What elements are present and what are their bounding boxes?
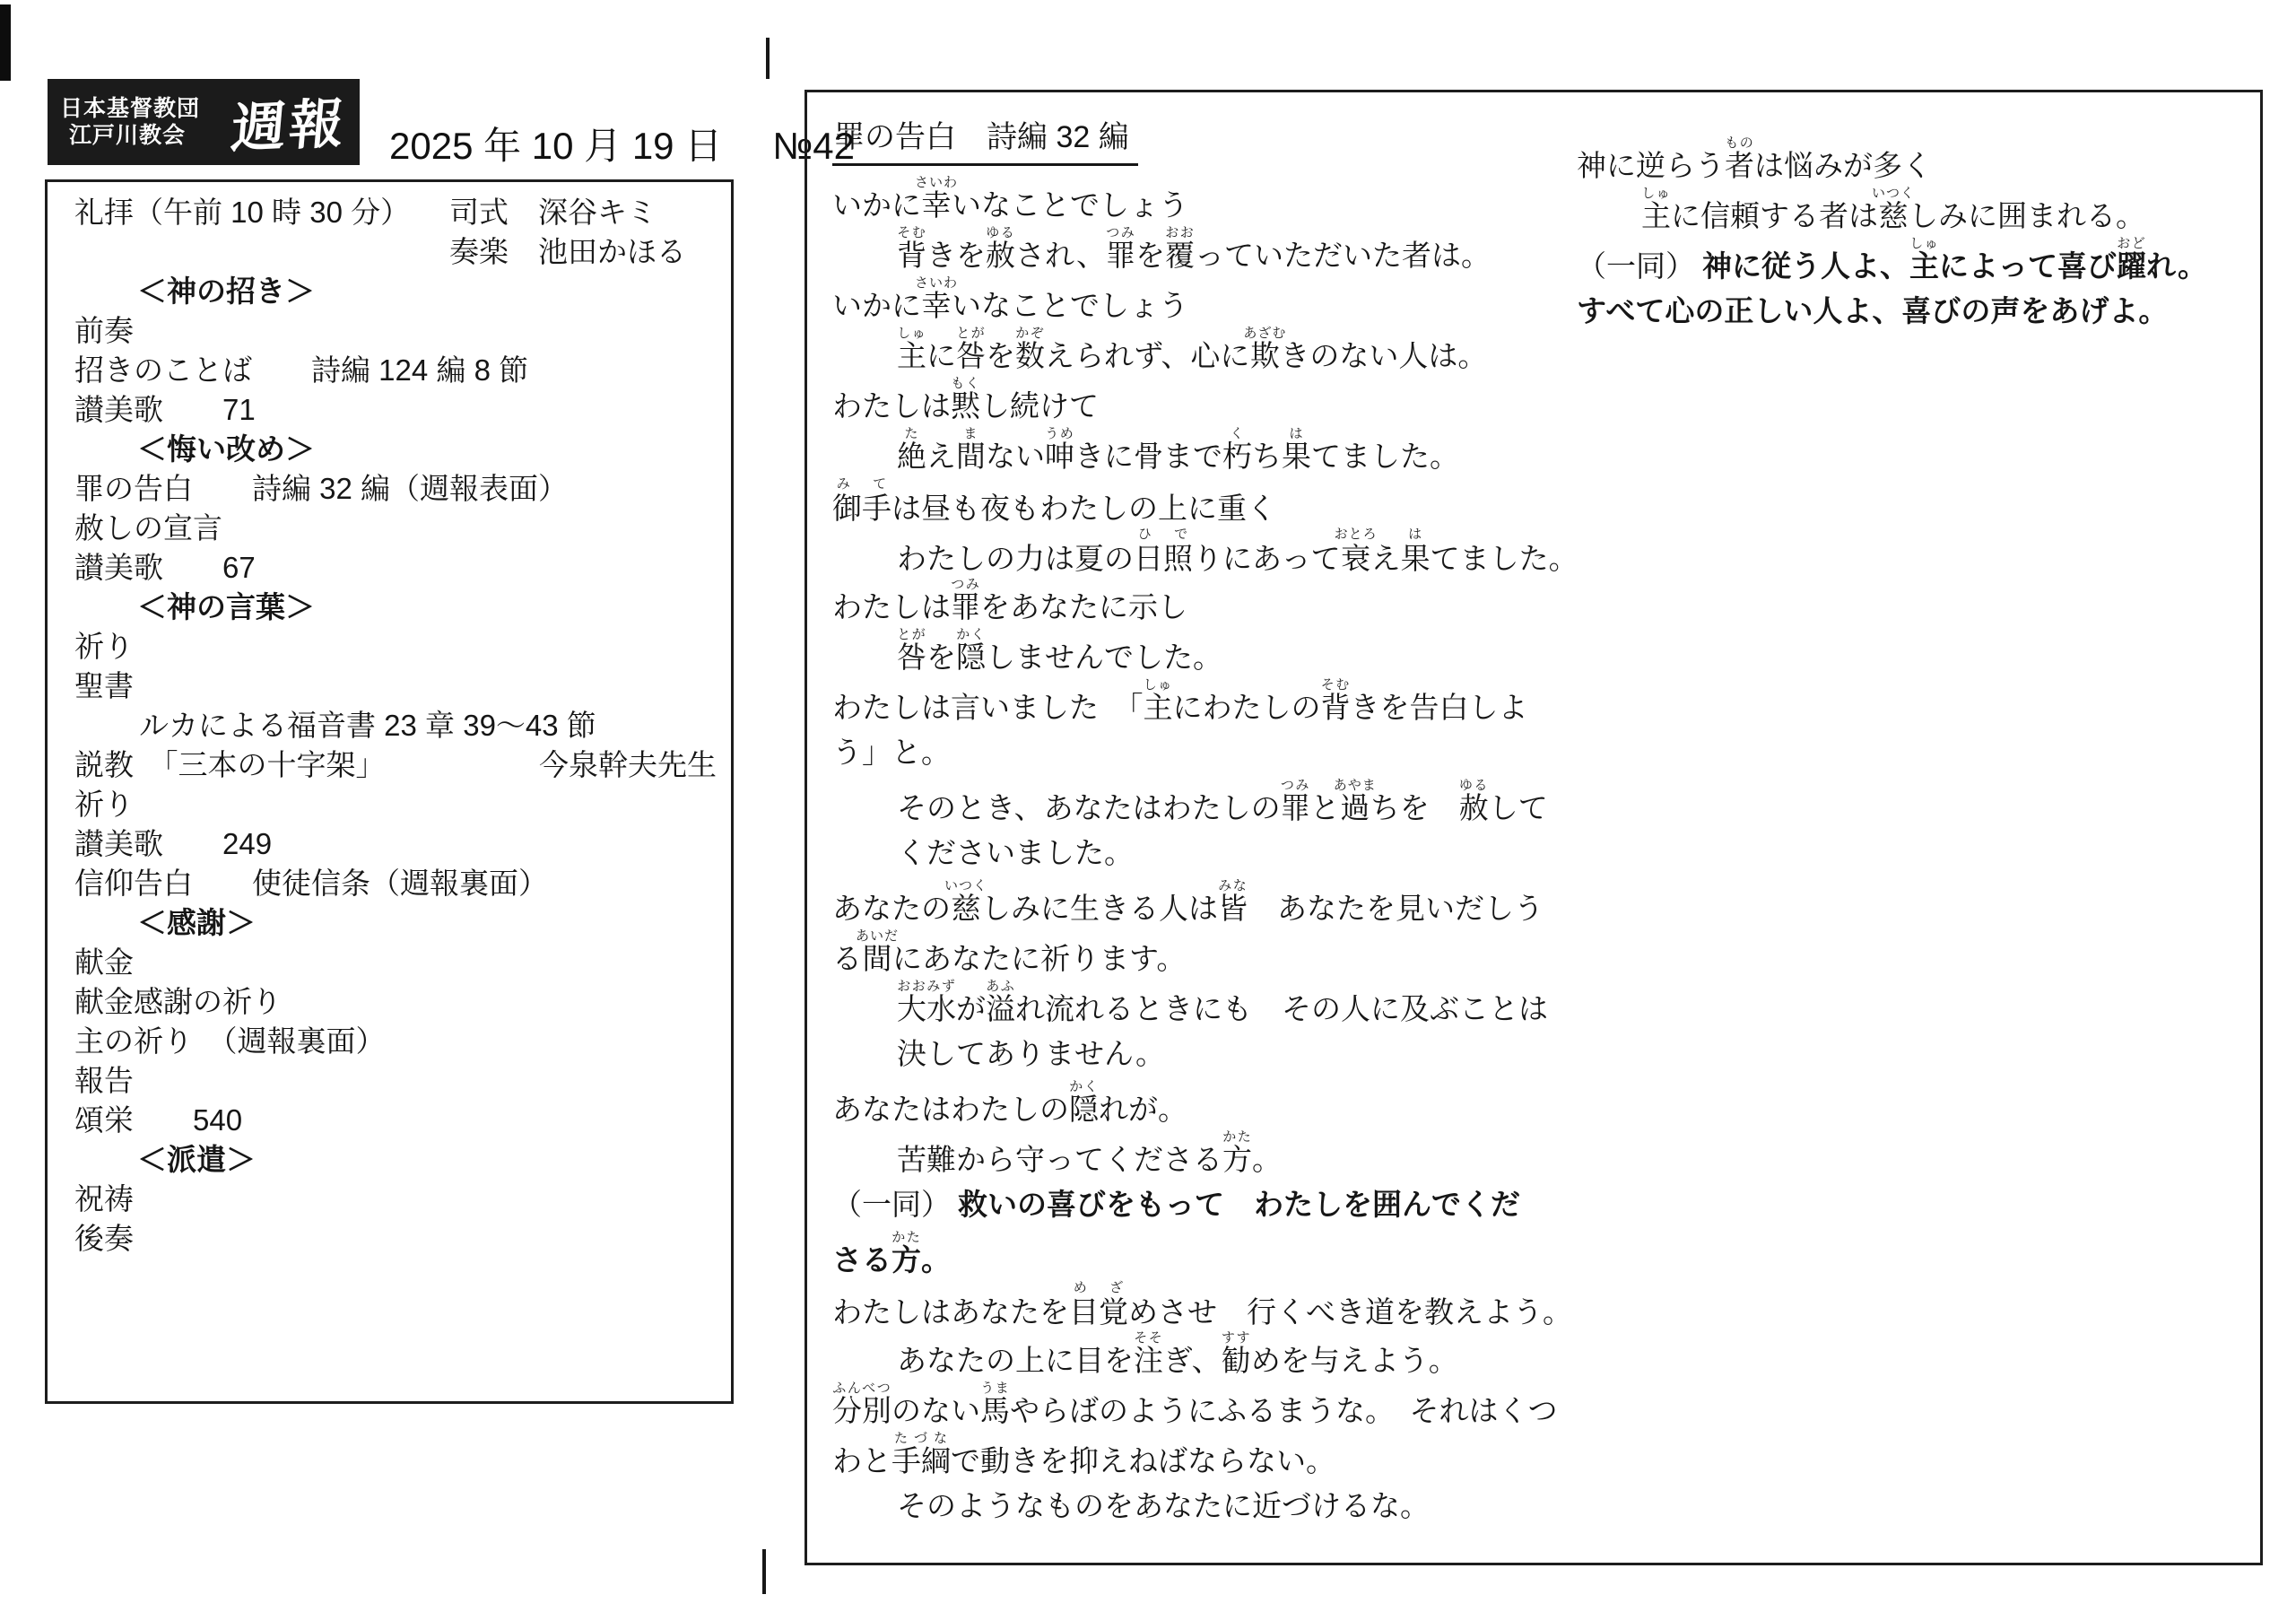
furigana-word: 絶た (897, 440, 926, 473)
furigana-word: 御手み て (832, 492, 891, 525)
furigana-word: 果は (1282, 440, 1311, 473)
furigana-word: 咎とが (956, 339, 986, 372)
furigana-word: 背そむ (1321, 691, 1351, 724)
program-line: 献金感謝の祈り (74, 982, 709, 1022)
psalm-column-2: 神に逆らう者ものは悩みが多く主しゅに信頼する者は慈いつくしみに囲まれる。（一同）… (1577, 135, 2240, 336)
confession-box: 罪の告白 詩編 32 編 いかに幸さいわいなことでしょう背そむきを赦ゆるされ、罪… (804, 90, 2263, 1565)
furigana-word: 赦ゆる (986, 239, 1015, 272)
program-line: ルカによる福音書 23 章 39〜43 節 (74, 706, 709, 745)
unison-prefix: （一同） (832, 1188, 951, 1221)
program-line: ＜神の招き＞ (74, 272, 709, 311)
furigana-word: 主しゅ (897, 339, 926, 372)
psalm-line: 主しゅに信頼する者は慈いつくしみに囲まれる。 (1577, 186, 2240, 236)
program-line: 讃美歌 249 (74, 824, 709, 864)
program-line: 讃美歌 71 (74, 390, 709, 430)
program-line: ＜感謝＞ (74, 903, 709, 943)
furigana-word: 主しゅ (1144, 691, 1173, 724)
psalm-line: 絶たえ間まない呻うめきに骨まで朽くち果はてました。 (832, 426, 1604, 476)
furigana-word: 皆みな (1218, 892, 1248, 925)
psalm-line: 御手み ては昼も夜もわたしの上に重く (832, 476, 1604, 527)
program-line-right: 奏楽 池田かほる (449, 235, 686, 268)
furigana-word: 勧すす (1222, 1344, 1251, 1377)
psalm-column-1: 罪の告白 詩編 32 編 いかに幸さいわいなことでしょう背そむきを赦ゆるされ、罪… (832, 112, 1604, 1531)
psalm-line: あなたの上に目を注そそぎ、勧すすめを与えよう。 (832, 1330, 1604, 1381)
furigana-word: 大水おおみず (897, 992, 956, 1025)
furigana-word: 過あやま (1340, 791, 1370, 824)
psalm-line: 咎とがを隠かくしませんでした。 (832, 627, 1604, 677)
furigana-word: 主しゅ (1909, 249, 1939, 283)
program-line: 讃美歌 67 (74, 548, 709, 588)
furigana-word: 赦ゆる (1459, 791, 1489, 824)
furigana-word: 慈いつく (951, 892, 981, 925)
psalm-line: 決してありません。 (832, 1029, 1604, 1079)
program-line-left: 説教 「三本の十字架」 (74, 745, 539, 785)
psalm-line: わたしは黙もくし続けて (832, 376, 1604, 426)
furigana-word: 日照ひ で (1134, 542, 1193, 575)
psalm-line: くださいました。 (832, 828, 1604, 878)
furigana-word: 溢あふ (986, 992, 1015, 1025)
psalm-line: 苦難から守ってくださる方かた。 (832, 1129, 1604, 1180)
furigana-word: 間ま (956, 440, 986, 473)
psalm-line: 大水おおみずが溢あふれ流れるときにも その人に及ぶことは (832, 979, 1604, 1029)
church-name-line1: 日本基督教団 (60, 95, 200, 122)
furigana-word: 罪つみ (1281, 791, 1310, 824)
psalm-line: （一同）神に従う人よ、主しゅによって喜び躍おどれ。 (1577, 236, 2240, 286)
furigana-word: 主しゅ (1641, 199, 1671, 232)
furigana-word: 果は (1401, 542, 1431, 575)
program-line: 祈り (74, 785, 709, 824)
date-line: 2025 年 10 月 19 日№42 (389, 117, 855, 170)
program-line: 信仰告白 使徒信条（週報裏面） (74, 864, 709, 903)
program-line: ＜神の言葉＞ (74, 588, 709, 627)
program-line: 主の祈り （週報裏面） (74, 1022, 709, 1061)
furigana-word: 罪つみ (1106, 239, 1135, 272)
furigana-word: 躍おど (2117, 249, 2146, 283)
program-line: 聖書 (74, 667, 709, 706)
program-line: 前奏 (74, 311, 709, 351)
program-line: 罪の告白 詩編 32 編（週報表面） (74, 469, 709, 509)
church-logo-box: 日本基督教団 江戸川教会 週報 (48, 79, 360, 165)
bulletin-title: 週報 (229, 81, 351, 164)
furigana-word: 方かた (891, 1243, 921, 1277)
furigana-word: 罪つみ (951, 590, 980, 623)
furigana-word: 幸さいわ (921, 188, 952, 222)
issue-date: 2025 年 10 月 19 日 (389, 125, 722, 167)
furigana-word: 注そそ (1134, 1344, 1163, 1377)
psalm-line: る間あいだにあなたに祈ります。 (832, 928, 1604, 979)
registration-tick-top (766, 38, 770, 79)
psalm-line: いかに幸さいわいなことでしょう (832, 175, 1604, 225)
furigana-word: 衰おとろ (1341, 542, 1371, 575)
bulletin-page: 日本基督教団 江戸川教会 週報 2025 年 10 月 19 日№42 礼拝（午… (0, 0, 2296, 1612)
confession-title: 罪の告白 詩編 32 編 (832, 112, 1138, 166)
program-line: 報告 (74, 1061, 709, 1101)
program-line-right: 司式 深谷キミ (449, 196, 657, 229)
psalm-line: わたしは罪つみをあなたに示し (832, 577, 1604, 627)
worship-order-box: 礼拝（午前 10 時 30 分）司式 深谷キミ奏楽 池田かほる＜神の招き＞前奏招… (45, 179, 734, 1404)
psalm-line: 主しゅに咎とがを数かぞえられず、心に欺あざむきのない人は。 (832, 326, 1604, 376)
psalm-line: すべて心の正しい人よ、喜びの声をあげよ。 (1577, 286, 2240, 336)
program-line: 礼拝（午前 10 時 30 分）司式 深谷キミ (74, 193, 709, 232)
furigana-word: 隠かく (956, 640, 986, 674)
psalm-line: さる方かた。 (832, 1230, 1604, 1280)
program-line: ＜派遣＞ (74, 1140, 709, 1180)
program-line: 頌栄 540 (74, 1101, 709, 1140)
program-line: 献金 (74, 943, 709, 982)
program-line: 祈り (74, 627, 709, 667)
furigana-word: 数かぞ (1015, 339, 1045, 372)
furigana-word: 呻うめ (1045, 440, 1074, 473)
furigana-word: 馬うま (980, 1394, 1010, 1427)
program-line: 招きのことば 詩編 124 編 8 節 (74, 351, 709, 390)
psalm-line: 神に逆らう者ものは悩みが多く (1577, 135, 2240, 186)
church-name: 日本基督教団 江戸川教会 (60, 95, 200, 149)
furigana-word: 背そむ (897, 239, 926, 272)
psalm-line: わたしはあなたを目覚め ざめさせ 行くべき道を教えよう。 (832, 1280, 1604, 1330)
program-line: 赦しの宣言 (74, 509, 709, 548)
registration-tick-bottom (762, 1549, 766, 1594)
furigana-word: 覆おお (1165, 239, 1195, 272)
psalm-line: 分別ふんべつのない馬うまやらばのようにふるまうな。 それはくつ (832, 1381, 1604, 1431)
furigana-word: 幸さいわ (921, 289, 952, 322)
furigana-word: 分別ふんべつ (832, 1394, 891, 1427)
program-line: 奏楽 池田かほる (74, 232, 709, 272)
worship-order-lines: 礼拝（午前 10 時 30 分）司式 深谷キミ奏楽 池田かほる＜神の招き＞前奏招… (74, 193, 709, 1259)
psalm-line: わと手綱たづなで動きを抑えねばならない。 (832, 1431, 1604, 1481)
church-name-line2: 江戸川教会 (60, 122, 200, 149)
psalm-line: いかに幸さいわいなことでしょう (832, 275, 1604, 326)
furigana-word: 目覚め ざ (1069, 1295, 1128, 1329)
psalm-line: 背そむきを赦ゆるされ、罪つみを覆おおっていただいた者は。 (832, 225, 1604, 275)
program-line: 祝祷 (74, 1180, 709, 1219)
furigana-word: 黙もく (951, 389, 980, 423)
furigana-word: 隠かく (1069, 1093, 1099, 1126)
program-line: 説教 「三本の十字架」今泉幹夫先生 (74, 745, 709, 785)
furigana-word: 咎とが (897, 640, 926, 674)
furigana-word: 手綱たづな (891, 1444, 951, 1477)
furigana-word: 方かた (1222, 1143, 1252, 1176)
furigana-word: 欺あざむ (1249, 339, 1280, 372)
psalm-line: あなたの慈いつくしみに生きる人は皆みな あなたを見いだしう (832, 878, 1604, 928)
psalm-line: （一同）救いの喜びをもって わたしを囲んでくだ (832, 1180, 1604, 1230)
furigana-word: 慈いつく (1878, 199, 1909, 232)
program-line: 後奏 (74, 1219, 709, 1259)
psalm-line: あなたはわたしの隠かくれが。 (832, 1079, 1604, 1129)
program-line-right: 今泉幹夫先生 (539, 748, 717, 781)
furigana-word: 間あいだ (862, 942, 892, 975)
psalm-line: わたしは言いました 「主しゅにわたしの背そむきを告白しよ (832, 677, 1604, 728)
psalm-line: そのようなものをあなたに近づけるな。 (832, 1481, 1604, 1531)
psalm-line: わたしの力は夏の日照ひ でりにあって衰おとろえ果はてました。 (832, 527, 1604, 577)
furigana-word: 朽く (1222, 440, 1252, 473)
program-line-left: 礼拝（午前 10 時 30 分） (74, 193, 449, 232)
psalm-line: う」と。 (832, 728, 1604, 778)
furigana-word: 者もの (1725, 149, 1754, 182)
psalm-line: そのとき、あなたはわたしの罪つみと過あやまちを 赦ゆるして (832, 778, 1604, 828)
psalm-lines-1: いかに幸さいわいなことでしょう背そむきを赦ゆるされ、罪つみを覆おおっていただいた… (832, 175, 1604, 1531)
scan-artifact-mark (0, 4, 11, 81)
unison-prefix: （一同） (1577, 249, 1695, 283)
program-line: ＜悔い改め＞ (74, 430, 709, 469)
